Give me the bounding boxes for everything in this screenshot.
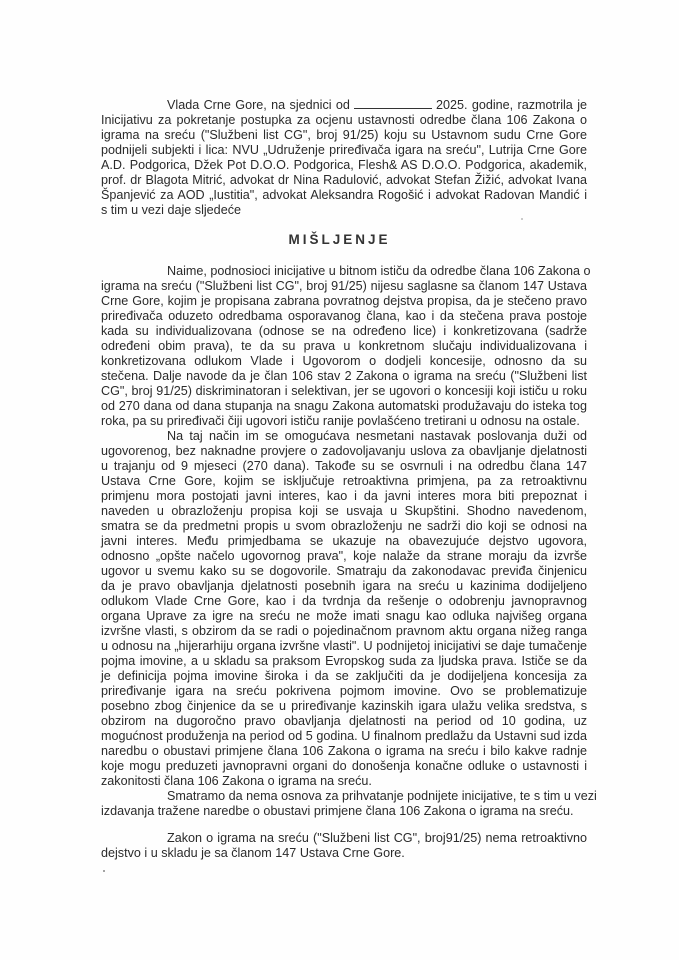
body-line: smatra se da predmetni propis u svom obr…	[101, 519, 587, 534]
body-line: izvršne vlasti, s obzirom da se radi o p…	[101, 624, 587, 639]
body-line: roka, pa su priređivači čiji ugovori ist…	[101, 414, 587, 429]
body-line: je definicija pojma imovine široka i da …	[101, 669, 587, 684]
body-line: kada su individualizovana (odnose se na …	[101, 324, 587, 339]
body-line: Na taj način im se omogućava nesmetani n…	[101, 429, 587, 444]
conclusion-line: dejstvo i u skladu je sa članom 147 Usta…	[101, 846, 587, 861]
conclusion-line: Zakon o igrama na sreću ("Službeni list …	[101, 831, 587, 846]
body-line: Smatramo da nema osnova za prihvatanje p…	[101, 789, 587, 804]
body-line: u trajanju od 9 mjeseci (270 dana). Tako…	[101, 459, 587, 474]
body-line: javni interes. Među primjedbama se ukazu…	[101, 534, 587, 549]
document-title: MIŠLJENJE	[0, 232, 679, 247]
body-paragraph: Naime, podnosioci inicijative u bitnom i…	[101, 264, 587, 819]
body-line: odlukom Vlade Crne Gore, kao i da tvrdnj…	[101, 594, 587, 609]
body-line: u odnosu na „hijerarhiju organa izvršne …	[101, 639, 587, 654]
body-line: Naime, podnosioci inicijative u bitnom i…	[101, 264, 587, 279]
body-line: obzirom na dugoročno pravo obavljanja dj…	[101, 714, 587, 729]
body-line: priređivača oduzeto odredbama osporavano…	[101, 309, 587, 324]
body-line: posebno zbog činjenice da se u priređiva…	[101, 699, 587, 714]
body-line: izdavanja tražene naredbe o obustavi pri…	[101, 804, 587, 819]
body-line: da je pravo obavljanja djelatnosti poseb…	[101, 579, 587, 594]
intro-line: igrama na sreću ("Službeni list CG", bro…	[101, 128, 587, 143]
body-line: igrama na sreću ("Službeni list CG", bro…	[101, 279, 587, 294]
body-line: priređivanje igara na sreću pokrivena po…	[101, 684, 587, 699]
body-line: Ustava Crne Gore, kojim se isključuje re…	[101, 474, 587, 489]
date-blank-field	[354, 98, 432, 109]
body-line: naredbu o obustavi primjene člana 106 Za…	[101, 744, 587, 759]
body-line: ugovorenog, bez naknadne provjere o zado…	[101, 444, 587, 459]
conclusion-paragraph: Zakon o igrama na sreću ("Službeni list …	[101, 831, 587, 861]
intro-line: Vlada Crne Gore, na sjednici od2025. god…	[101, 98, 587, 113]
body-line: zakonitosti člana 106 Zakona o igrama na…	[101, 774, 587, 789]
body-line: ugovor u svemu kako su se dogovorile. Sm…	[101, 564, 587, 579]
intro-paragraph: Vlada Crne Gore, na sjednici od2025. god…	[101, 98, 587, 218]
body-line: koje mogu preduzeti javnopravni organi d…	[101, 759, 587, 774]
document-page: Vlada Crne Gore, na sjednici od2025. god…	[0, 0, 679, 960]
body-line: određeni obim prava), te da su prava u k…	[101, 339, 587, 354]
body-line: pojma imovine, a u skladu sa praksom Evr…	[101, 654, 587, 669]
body-line: naveden u obrazloženju propisa koji se u…	[101, 504, 587, 519]
body-line: organa Uprave za igre na sreću ne može i…	[101, 609, 587, 624]
body-line: odnosno „opšte načelo ugovornog prava", …	[101, 549, 587, 564]
scan-artifact	[521, 218, 523, 220]
body-line: CG", broj 91/25) diskriminatoran i selek…	[101, 384, 587, 399]
body-line: mogućnost produženja na period od 5 godi…	[101, 729, 587, 744]
body-line: Crne Gore, kojim je propisana zabrana po…	[101, 294, 587, 309]
body-line: konkretizovana odlukom Vlade i Ugovorom …	[101, 354, 587, 369]
body-line: primjenu mora postojati javni interes, k…	[101, 489, 587, 504]
intro-line: Inicijativu za pokretanje postupka za oc…	[101, 113, 587, 128]
body-line: od 270 dana od dana stupanja na snagu Za…	[101, 399, 587, 414]
scan-artifact	[103, 870, 105, 872]
intro-line: Španjević za AOD „Iustitia", advokat Ale…	[101, 188, 587, 203]
intro-line: s tim u vezi daje sljedeće	[101, 203, 587, 218]
body-line: stečena. Dalje navode da je član 106 sta…	[101, 369, 587, 384]
intro-line: A.D. Podgorica, Džek Pot D.O.O. Podgoric…	[101, 158, 587, 173]
intro-line: podnijeli subjekti i lica: NVU „Udruženj…	[101, 143, 587, 158]
intro-line: prof. dr Blagota Mitrić, advokat dr Nina…	[101, 173, 587, 188]
